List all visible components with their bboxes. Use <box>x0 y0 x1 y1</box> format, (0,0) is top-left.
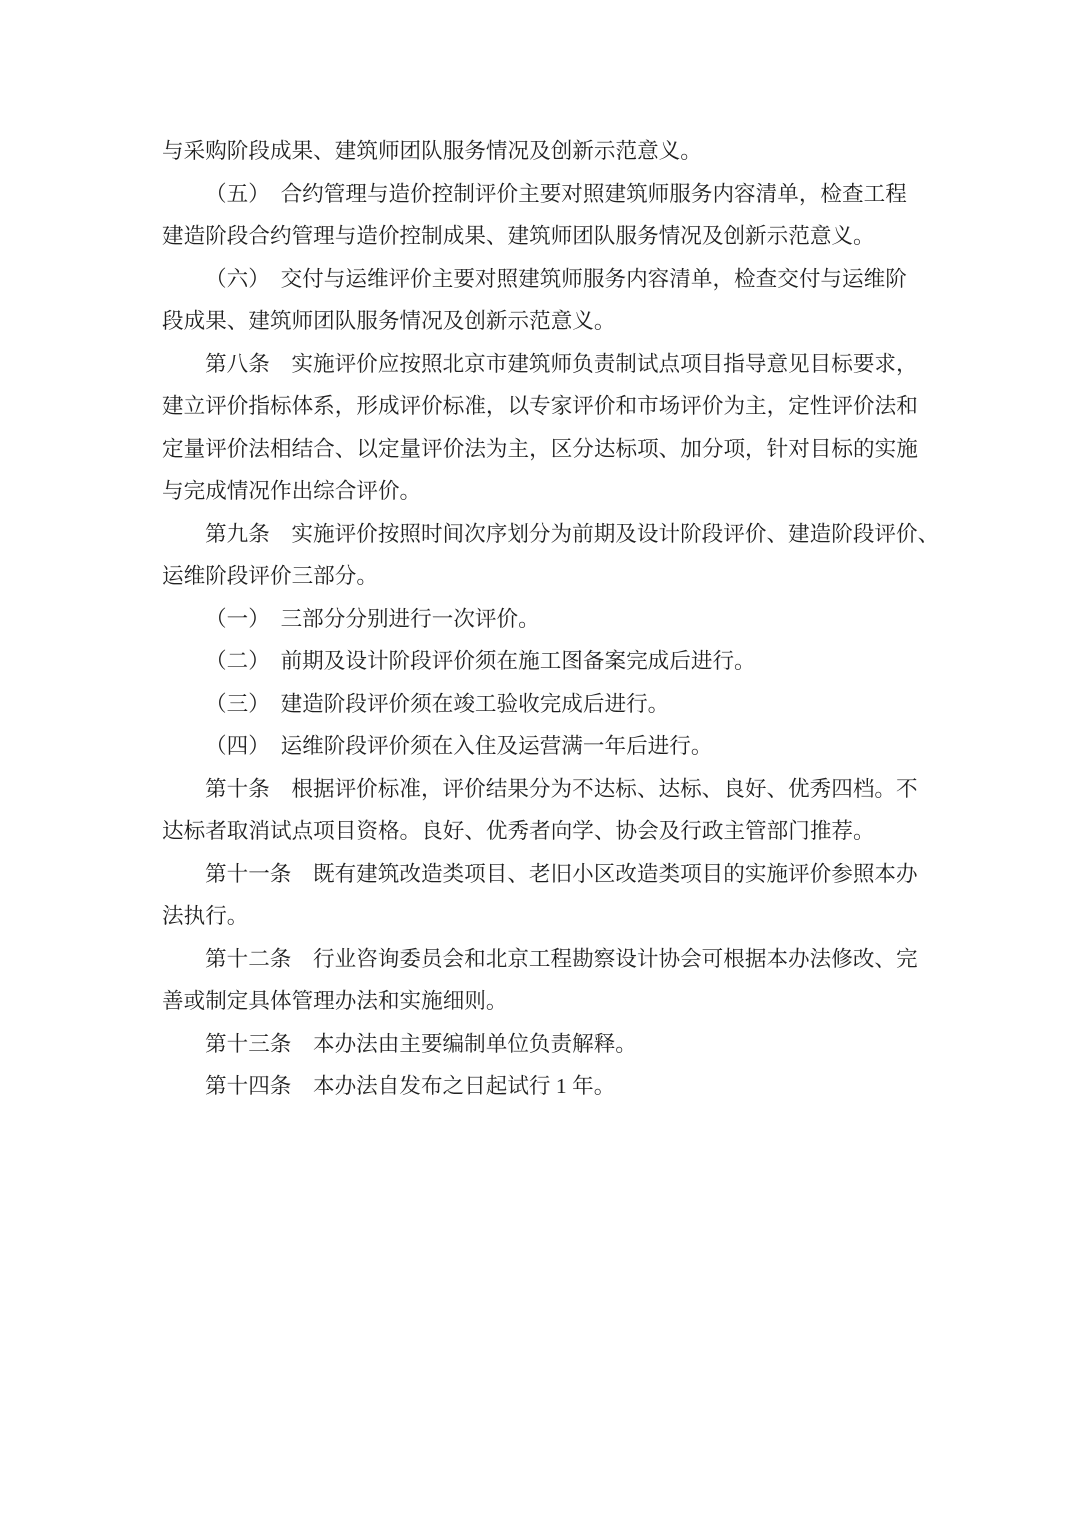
document-line: 第十二条 行业咨询委员会和北京工程勘察设计协会可根据本办法修改、完 <box>162 938 918 981</box>
document-line: （四） 运维阶段评价须在入住及运营满一年后进行。 <box>162 725 918 768</box>
document-line: （二） 前期及设计阶段评价须在施工图备案完成后进行。 <box>162 640 918 683</box>
document-line: 第十四条 本办法自发布之日起试行 1 年。 <box>162 1065 918 1108</box>
document-line: 第九条 实施评价按照时间次序划分为前期及设计阶段评价、建造阶段评价、 <box>162 513 918 556</box>
document-line: 运维阶段评价三部分。 <box>162 555 918 598</box>
document-line: 善或制定具体管理办法和实施细则。 <box>162 980 918 1023</box>
document-line: （一） 三部分分别进行一次评价。 <box>162 598 918 641</box>
document-line: （五） 合约管理与造价控制评价主要对照建筑师服务内容清单，检查工程 <box>162 173 918 216</box>
document-line: 段成果、建筑师团队服务情况及创新示范意义。 <box>162 300 918 343</box>
document-line: 达标者取消试点项目资格。良好、优秀者向学、协会及行政主管部门推荐。 <box>162 810 918 853</box>
document-line: 法执行。 <box>162 895 918 938</box>
document-line: 第八条 实施评价应按照北京市建筑师负责制试点项目指导意见目标要求， <box>162 343 918 386</box>
document-line: 建造阶段合约管理与造价控制成果、建筑师团队服务情况及创新示范意义。 <box>162 215 918 258</box>
document-line: （三） 建造阶段评价须在竣工验收完成后进行。 <box>162 683 918 726</box>
document-line: （六） 交付与运维评价主要对照建筑师服务内容清单，检查交付与运维阶 <box>162 258 918 301</box>
document-text-block: 与采购阶段成果、建筑师团队服务情况及创新示范意义。（五） 合约管理与造价控制评价… <box>162 130 918 1108</box>
document-line: 第十三条 本办法由主要编制单位负责解释。 <box>162 1023 918 1066</box>
document-line: 建立评价指标体系，形成评价标准，以专家评价和市场评价为主，定性评价法和 <box>162 385 918 428</box>
document-line: 与采购阶段成果、建筑师团队服务情况及创新示范意义。 <box>162 130 918 173</box>
document-line: 第十条 根据评价标准，评价结果分为不达标、达标、良好、优秀四档。不 <box>162 768 918 811</box>
document-line: 第十一条 既有建筑改造类项目、老旧小区改造类项目的实施评价参照本办 <box>162 853 918 896</box>
document-line: 与完成情况作出综合评价。 <box>162 470 918 513</box>
document-page: 与采购阶段成果、建筑师团队服务情况及创新示范意义。（五） 合约管理与造价控制评价… <box>0 0 1080 1527</box>
document-line: 定量评价法相结合、以定量评价法为主，区分达标项、加分项，针对目标的实施 <box>162 428 918 471</box>
